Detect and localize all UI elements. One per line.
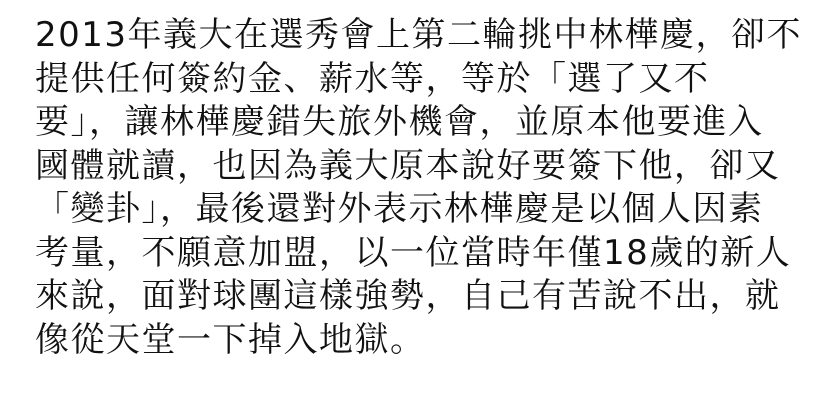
paragraph-line: 要」，讓林樺慶錯失旅外機會，並原本他要進入 xyxy=(35,101,815,145)
paragraph-line: 「變卦」，最後還對外表示林樺慶是以個人因素 xyxy=(35,188,815,232)
paragraph-line: 國體就讀，也因為義大原本說好要簽下他，卻又 xyxy=(35,145,815,189)
paragraph-line: 2013年義大在選秀會上第二輪挑中林樺慶，卻不 xyxy=(35,14,815,58)
paragraph-line: 來說，面對球團這樣強勢，自己有苦說不出，就 xyxy=(35,275,815,319)
paragraph-line: 像從天堂一下掉入地獄。 xyxy=(35,319,815,363)
paragraph-line: 考量，不願意加盟，以一位當時年僅18歲的新人 xyxy=(35,232,815,276)
paragraph-line: 提供任何簽約金、薪水等，等於「選了又不 xyxy=(35,58,815,102)
article-paragraph: 2013年義大在選秀會上第二輪挑中林樺慶，卻不 提供任何簽約金、薪水等，等於「選… xyxy=(35,14,815,362)
